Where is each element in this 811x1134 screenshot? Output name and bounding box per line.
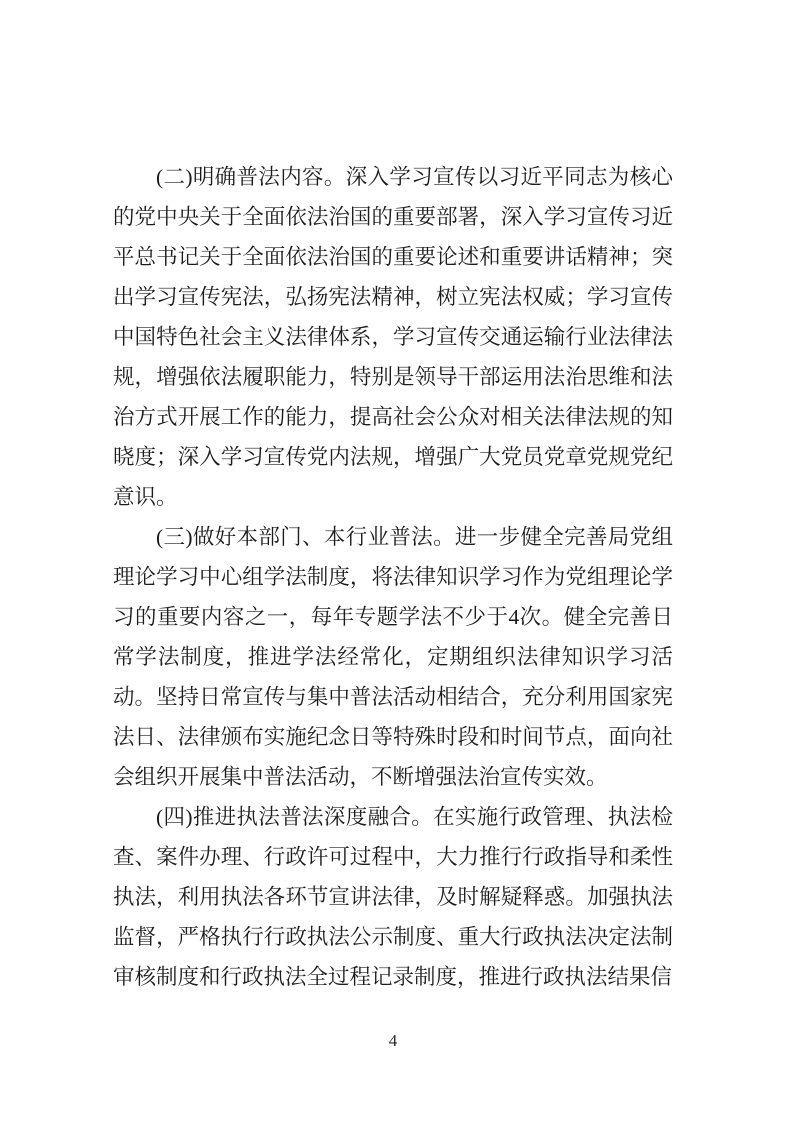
paragraph-2-ming-que-pu-fa-nei-rong: (二)明确普法内容。深入学习宣传以习近平同志为核心的党中央关于全面依法治国的重要…: [113, 157, 673, 517]
paragraph-3-zuo-hao-ben-bu-men-pu-fa: (三)做好本部门、本行业普法。进一步健全完善局党组理论学习中心组学法制度，将法律…: [113, 517, 673, 797]
document-page: (二)明确普法内容。深入学习宣传以习近平同志为核心的党中央关于全面依法治国的重要…: [0, 0, 811, 1134]
page-footer: 4: [113, 1030, 673, 1052]
document-body: (二)明确普法内容。深入学习宣传以习近平同志为核心的党中央关于全面依法治国的重要…: [113, 157, 673, 997]
paragraph-4-tui-jin-zhi-fa-pu-fa: (四)推进执法普法深度融合。在实施行政管理、执法检查、案件办理、行政许可过程中，…: [113, 797, 673, 997]
page-number: 4: [389, 1031, 398, 1050]
